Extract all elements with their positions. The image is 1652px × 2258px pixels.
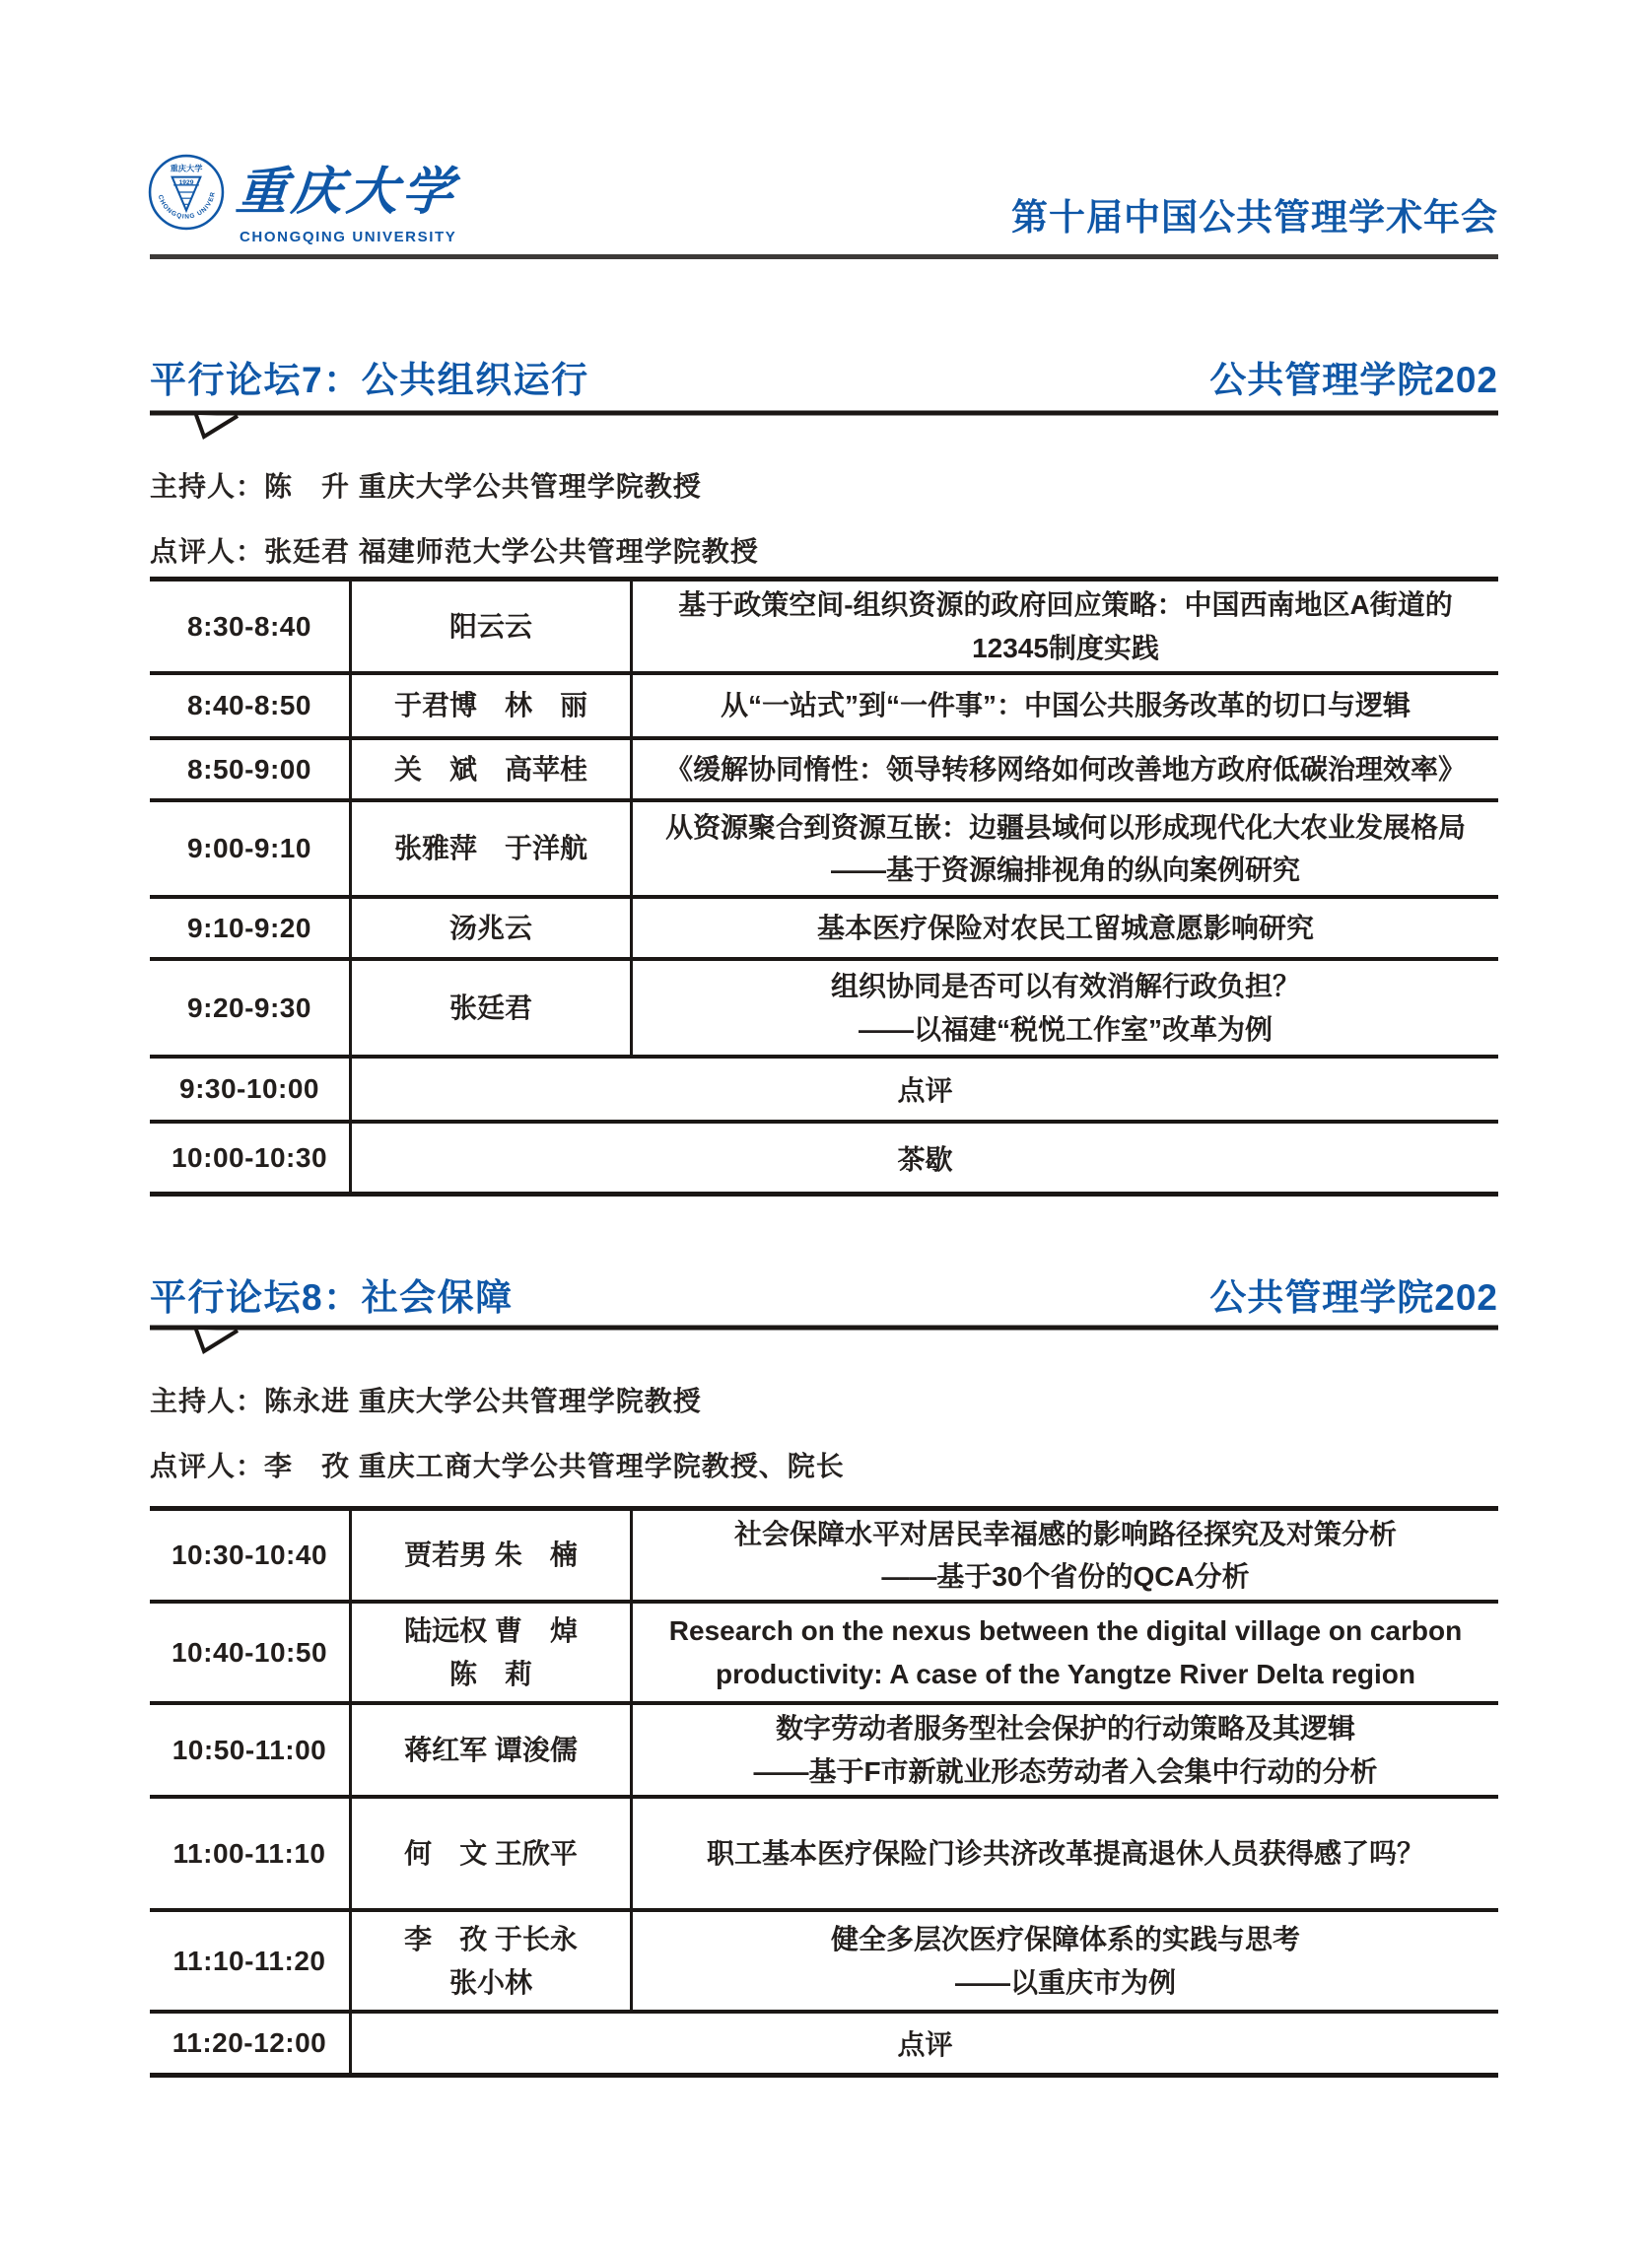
seal-top-text: 重庆大学 [171, 163, 204, 172]
time-cell: 9:20-9:30 [150, 961, 352, 1055]
paper-title-cell: 职工基本医疗保险门诊共济改革提高退休人员获得感了吗？ [633, 1799, 1498, 1908]
table-row: 9:00-9:10 张雅萍 于洋航 从资源聚合到资源互嵌：边疆县域何以形成现代化… [150, 802, 1498, 899]
presenter-cell: 汤兆云 [352, 899, 633, 957]
table-row: 9:30-10:00 点评 [150, 1059, 1498, 1124]
university-latin-name: CHONGQING UNIVERSITY [240, 229, 456, 245]
presenter-cell: 李 孜 于长永张小林 [352, 1912, 633, 2010]
time-cell: 9:10-9:20 [150, 899, 352, 957]
merged-cell: 点评 [352, 1059, 1498, 1120]
forum8-reviewer: 点评人：李 孜 重庆工商大学公共管理学院教授、院长 [150, 1445, 845, 1484]
presenter-cell: 阳云云 [352, 582, 633, 671]
table-row: 8:30-8:40 阳云云 基于政策空间-组织资源的政府回应策略：中国西南地区A… [150, 582, 1498, 675]
table-row: 9:10-9:20 汤兆云 基本医疗保险对农民工留城意愿影响研究 [150, 899, 1498, 961]
forum7-title: 平行论坛7：公共组织运行 [150, 350, 589, 403]
presenter-cell: 陆远权 曹 焯陈 莉 [352, 1604, 633, 1701]
forum8-schedule-table: 10:30-10:40 贾若男 朱 楠 社会保障水平对居民幸福感的影响路径探究及… [150, 1506, 1498, 2078]
forum8-host: 主持人：陈永进 重庆大学公共管理学院教授 [150, 1380, 702, 1419]
table-row: 8:40-8:50 于君博 林 丽 从“一站式”到“一件事”：中国公共服务改革的… [150, 675, 1498, 740]
paper-title-cell: 从“一站式”到“一件事”：中国公共服务改革的切口与逻辑 [633, 675, 1498, 736]
university-calligraphy-wordmark: 重庆大学 [234, 150, 459, 224]
time-cell: 10:00-10:30 [150, 1124, 352, 1192]
presenter-cell: 张廷君 [352, 961, 633, 1055]
paper-title-cell: 健全多层次医疗保障体系的实践与思考——以重庆市为例 [633, 1912, 1498, 2010]
forum7-location: 公共管理学院202 [1209, 350, 1498, 403]
merged-cell: 点评 [352, 2014, 1498, 2073]
time-cell: 11:10-11:20 [150, 1912, 352, 2010]
time-cell: 9:30-10:00 [150, 1059, 352, 1120]
chongqing-university-seal-icon: 重庆大学 1929 CHONGQING UNIVERSITY [148, 154, 225, 231]
merged-cell: 茶歇 [352, 1124, 1498, 1192]
paper-title-cell: Research on the nexus between the digita… [633, 1604, 1498, 1701]
presenter-cell: 何 文 王欣平 [352, 1799, 633, 1908]
presenter-cell: 关 斌 高苹桂 [352, 740, 633, 798]
forum7-host: 主持人：陈 升 重庆大学公共管理学院教授 [150, 465, 702, 505]
header-divider [150, 254, 1498, 259]
forum7-divider [150, 410, 1498, 444]
forum7-reviewer: 点评人：张廷君 福建师范大学公共管理学院教授 [150, 530, 759, 570]
presenter-cell: 蒋红军 谭浚儒 [352, 1705, 633, 1795]
presenter-cell: 于君博 林 丽 [352, 675, 633, 736]
table-row: 10:00-10:30 茶歇 [150, 1124, 1498, 1192]
paper-title-cell: 《缓解协同惰性：领导转移网络如何改善地方政府低碳治理效率》 [633, 740, 1498, 798]
table-row: 10:40-10:50 陆远权 曹 焯陈 莉 Research on the n… [150, 1604, 1498, 1705]
table-row: 11:20-12:00 点评 [150, 2014, 1498, 2073]
presenter-cell: 贾若男 朱 楠 [352, 1511, 633, 1600]
conference-title: 第十届中国公共管理学术年会 [1011, 187, 1498, 240]
forum8-location: 公共管理学院202 [1209, 1267, 1498, 1321]
time-cell: 9:00-9:10 [150, 802, 352, 895]
seal-year: 1929 [179, 179, 194, 186]
time-cell: 8:30-8:40 [150, 582, 352, 671]
table-row: 10:30-10:40 贾若男 朱 楠 社会保障水平对居民幸福感的影响路径探究及… [150, 1511, 1498, 1604]
time-cell: 10:30-10:40 [150, 1511, 352, 1600]
paper-title-cell: 从资源聚合到资源互嵌：边疆县域何以形成现代化大农业发展格局——基于资源编排视角的… [633, 802, 1498, 895]
time-cell: 11:00-11:10 [150, 1799, 352, 1908]
forum8-title: 平行论坛8：社会保障 [150, 1267, 514, 1321]
paper-title-cell: 基本医疗保险对农民工留城意愿影响研究 [633, 899, 1498, 957]
table-row: 11:10-11:20 李 孜 于长永张小林 健全多层次医疗保障体系的实践与思考… [150, 1912, 1498, 2014]
time-cell: 8:50-9:00 [150, 740, 352, 798]
time-cell: 10:50-11:00 [150, 1705, 352, 1795]
presenter-cell: 张雅萍 于洋航 [352, 802, 633, 895]
paper-title-cell: 社会保障水平对居民幸福感的影响路径探究及对策分析——基于30个省份的QCA分析 [633, 1511, 1498, 1600]
conference-program-page: 重庆大学 1929 CHONGQING UNIVERSITY 重庆大学 CHON… [0, 0, 1652, 2258]
table-row: 10:50-11:00 蒋红军 谭浚儒 数字劳动者服务型社会保护的行动策略及其逻… [150, 1705, 1498, 1799]
table-row: 11:00-11:10 何 文 王欣平 职工基本医疗保险门诊共济改革提高退休人员… [150, 1799, 1498, 1912]
time-cell: 11:20-12:00 [150, 2014, 352, 2073]
paper-title-cell: 组织协同是否可以有效消解行政负担？——以福建“税悦工作室”改革为例 [633, 961, 1498, 1055]
time-cell: 10:40-10:50 [150, 1604, 352, 1701]
time-cell: 8:40-8:50 [150, 675, 352, 736]
forum7-schedule-table: 8:30-8:40 阳云云 基于政策空间-组织资源的政府回应策略：中国西南地区A… [150, 577, 1498, 1197]
paper-title-cell: 数字劳动者服务型社会保护的行动策略及其逻辑——基于F市新就业形态劳动者入会集中行… [633, 1705, 1498, 1795]
forum8-divider [150, 1325, 1498, 1358]
table-row: 9:20-9:30 张廷君 组织协同是否可以有效消解行政负担？——以福建“税悦工… [150, 961, 1498, 1059]
table-row: 8:50-9:00 关 斌 高苹桂 《缓解协同惰性：领导转移网络如何改善地方政府… [150, 740, 1498, 802]
paper-title-cell: 基于政策空间-组织资源的政府回应策略：中国西南地区A街道的12345制度实践 [633, 582, 1498, 671]
